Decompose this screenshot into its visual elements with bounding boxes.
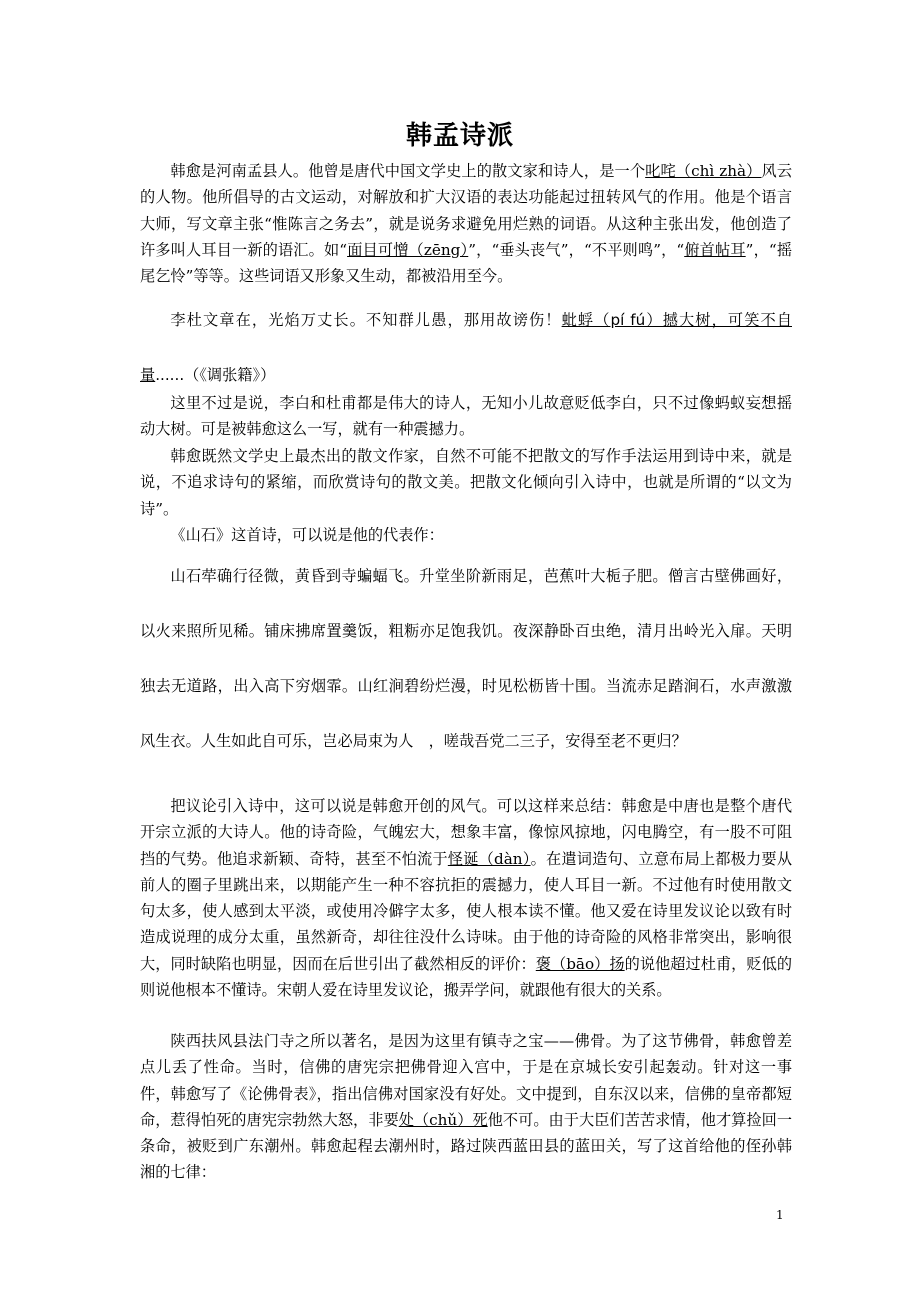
poem-shanshi: 山石荦确行径微，黄昏到寺蝙蝠飞。升堂坐阶新雨足，芭蕉叶大栀子肥。僧言古壁佛画好，… bbox=[140, 549, 792, 769]
paragraph-explanation: 这里不过是说，李白和杜甫都是伟大的诗人，无知小儿故意贬低李白，只不过像蚂蚁妄想摇… bbox=[140, 390, 792, 443]
text-segment: 韩愈是河南孟县人。他曾是唐代中国文学史上的散文家和诗人，是一个 bbox=[170, 162, 645, 180]
underlined-term: 叱咤（chì zhà） bbox=[645, 162, 761, 180]
text-segment: ”，“垂头丧气”，“不平则鸣”，“ bbox=[468, 241, 684, 259]
underlined-term: 处（chǔ）死 bbox=[399, 1111, 488, 1129]
underlined-term: 面目可憎（zēng） bbox=[347, 241, 468, 259]
text-segment: 这里不过是说，李白和杜甫都是伟大的诗人，无知小儿故意贬低李白，只不过像蚂蚁妄想摇… bbox=[140, 394, 792, 438]
text-segment: 韩愈既然文学史上最杰出的散文作家，自然不可能不把散文的写作手法运用到诗中来，就是… bbox=[140, 447, 792, 518]
text-segment: 山石荦确行径微，黄昏到寺蝙蝠飞。升堂坐阶新雨足，芭蕉叶大栀子肥。僧言古壁佛画好，… bbox=[140, 567, 792, 750]
underlined-term: 俯首帖耳 bbox=[684, 241, 745, 259]
underlined-term: 褒（bāo）扬 bbox=[536, 955, 625, 973]
document-title: 韩孟诗派 bbox=[0, 115, 920, 152]
paragraph-famen-temple: 陕西扶风县法门寺之所以著名，是因为这里有镇寺之宝——佛骨。为了这节佛骨，韩愈曾差… bbox=[140, 1028, 792, 1186]
text-segment: 李杜文章在，光焰万丈长。不知群儿愚，那用故谤伤！ bbox=[170, 311, 561, 329]
paragraph-intro: 韩愈是河南孟县人。他曾是唐代中国文学史上的散文家和诗人，是一个叱咤（chì zh… bbox=[140, 158, 792, 289]
paragraph-shanshi-intro: 《山石》这首诗，可以说是他的代表作： bbox=[140, 522, 792, 548]
poem-quote-tiaozhangji: 李杜文章在，光焰万丈长。不知群儿愚，那用故谤伤！蚍蜉（pí fú）撼大树，可笑不… bbox=[140, 293, 792, 403]
underlined-term: 怪诞（dàn） bbox=[448, 850, 531, 868]
paragraph-argument-in-poetry: 把议论引入诗中，这可以说是韩愈开创的风气。可以这样来总结：韩愈是中唐也是整个唐代… bbox=[140, 793, 792, 1003]
page-number: 1 bbox=[776, 1208, 784, 1222]
text-segment: 《山石》这首诗，可以说是他的代表作： bbox=[170, 526, 443, 544]
paragraph-prose-poetry: 韩愈既然文学史上最杰出的散文作家，自然不可能不把散文的写作手法运用到诗中来，就是… bbox=[140, 443, 792, 522]
text-segment: ......（《调张籍》） bbox=[155, 366, 275, 384]
document-page: 韩孟诗派 韩愈是河南孟县人。他曾是唐代中国文学史上的散文家和诗人，是一个叱咤（c… bbox=[0, 0, 920, 1302]
